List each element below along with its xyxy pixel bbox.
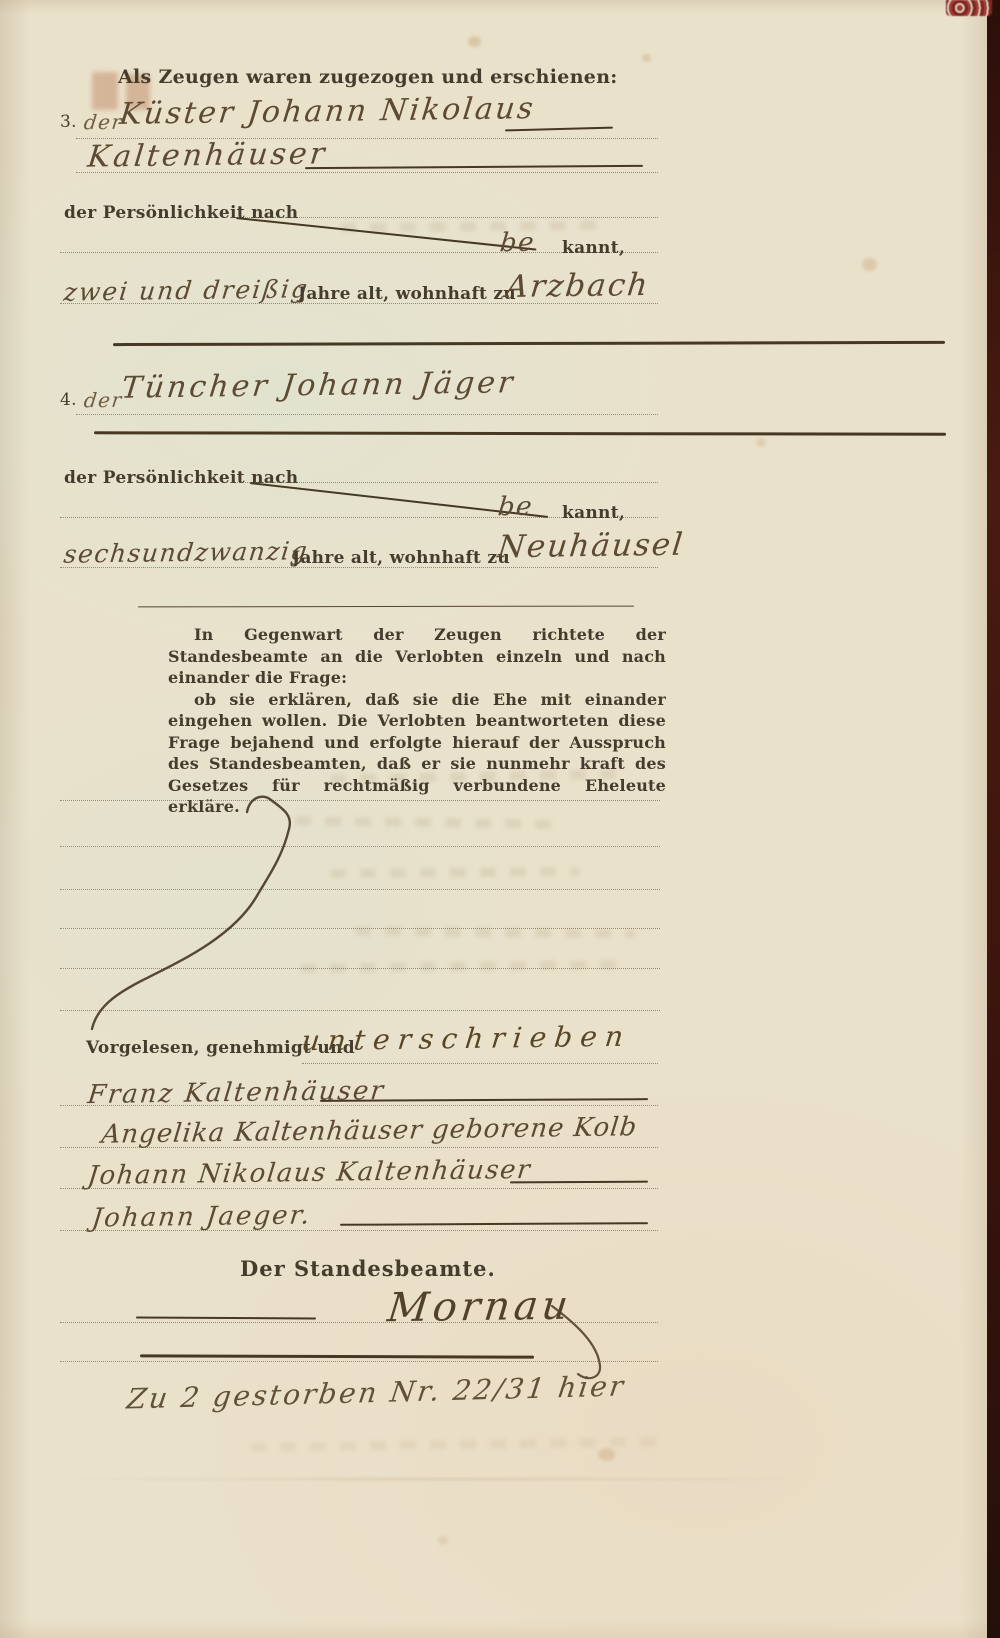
ruled-dotted-line <box>60 1322 658 1323</box>
ruled-dotted-line <box>60 567 658 568</box>
fox-spot <box>642 54 651 62</box>
witness3-residence-handwriting: Arzbach <box>504 267 651 305</box>
ruled-dotted-line <box>302 1063 658 1064</box>
registrar-title: Der Standesbeamte. <box>240 1256 496 1281</box>
fox-spot <box>862 258 877 271</box>
witness-intro-heading: Als Zeugen waren zugezogen und erschiene… <box>118 66 618 88</box>
signature-witness4: Johann Jaeger. <box>90 1200 313 1233</box>
signature-bride: Angelika Kaltenhäuser geborene Kolb <box>100 1112 639 1149</box>
ruled-dotted-line <box>232 217 658 218</box>
witness3-age-handwriting: zwei und dreißig <box>62 274 310 306</box>
bleed-smudge <box>330 867 580 878</box>
ink-bleed-mark <box>92 72 118 110</box>
pen-line <box>136 1317 316 1320</box>
witness3-known-printed: kannt, <box>562 238 625 258</box>
fox-spot <box>756 438 766 447</box>
bleed-smudge <box>340 221 610 233</box>
witness4-article-handwriting: der <box>83 388 124 413</box>
fox-spot <box>468 36 481 47</box>
witness4-known-handwriting: be <box>496 492 534 522</box>
pen-line-heavy <box>140 1354 534 1358</box>
pen-line <box>320 1098 648 1102</box>
ruled-dotted-line <box>60 1105 658 1106</box>
witness4-name-handwriting: Tüncher Johann Jäger <box>120 365 518 405</box>
pen-line <box>305 165 643 169</box>
ruled-dotted-line <box>60 303 658 304</box>
witness3-known-handwriting: be <box>498 228 536 258</box>
witness4-known-printed: kannt, <box>562 503 625 523</box>
witness3-number: 3. <box>60 112 77 132</box>
witness3-surname-handwriting: Kaltenhäuser <box>86 136 329 174</box>
ruled-dotted-line <box>232 482 658 483</box>
ruled-dotted-line <box>60 1230 658 1231</box>
pen-dash <box>505 127 613 132</box>
ruled-dotted-line <box>60 1147 658 1148</box>
ruled-dotted-line <box>76 172 658 173</box>
book-binding-edge <box>987 0 1000 1638</box>
ruled-dotted-line <box>76 414 658 415</box>
ruled-dotted-line <box>60 1361 658 1362</box>
pen-line <box>138 606 634 608</box>
declaration-paragraph-1: In Gegenwart der Zeugen richtete der Sta… <box>168 624 666 689</box>
pen-line <box>340 1222 648 1226</box>
witness4-number: 4. <box>60 390 77 410</box>
witness4-age-printed: Jahre alt, wohnhaft zu <box>292 548 510 568</box>
witness3-name-handwriting: Küster Johann Nikolaus <box>118 91 537 132</box>
fox-spot <box>598 1448 615 1461</box>
fox-spot <box>438 1536 448 1545</box>
witness4-residence-handwriting: Neuhäusel <box>496 527 686 566</box>
witness4-age-handwriting: sechsundzwanzig <box>62 536 310 568</box>
marbled-cover-corner <box>946 0 992 16</box>
cancellation-flourish <box>60 770 360 1050</box>
pen-line-heavy <box>94 431 946 435</box>
register-page-scan: Als Zeugen waren zugezogen und erschiene… <box>0 0 1000 1638</box>
closing-handwriting: unterschrieben <box>300 1020 633 1058</box>
pen-line <box>510 1181 648 1184</box>
paper-crease <box>60 1478 820 1480</box>
marginal-note-handwriting: Zu 2 gestorben Nr. 22/31 hier <box>125 1370 628 1416</box>
pen-line-heavy <box>113 341 945 346</box>
witness3-age-printed: Jahre alt, wohnhaft zu <box>298 284 516 304</box>
ruled-dotted-line <box>60 1188 658 1189</box>
signature-witness3: Johann Nikolaus Kaltenhäuser <box>86 1155 533 1191</box>
